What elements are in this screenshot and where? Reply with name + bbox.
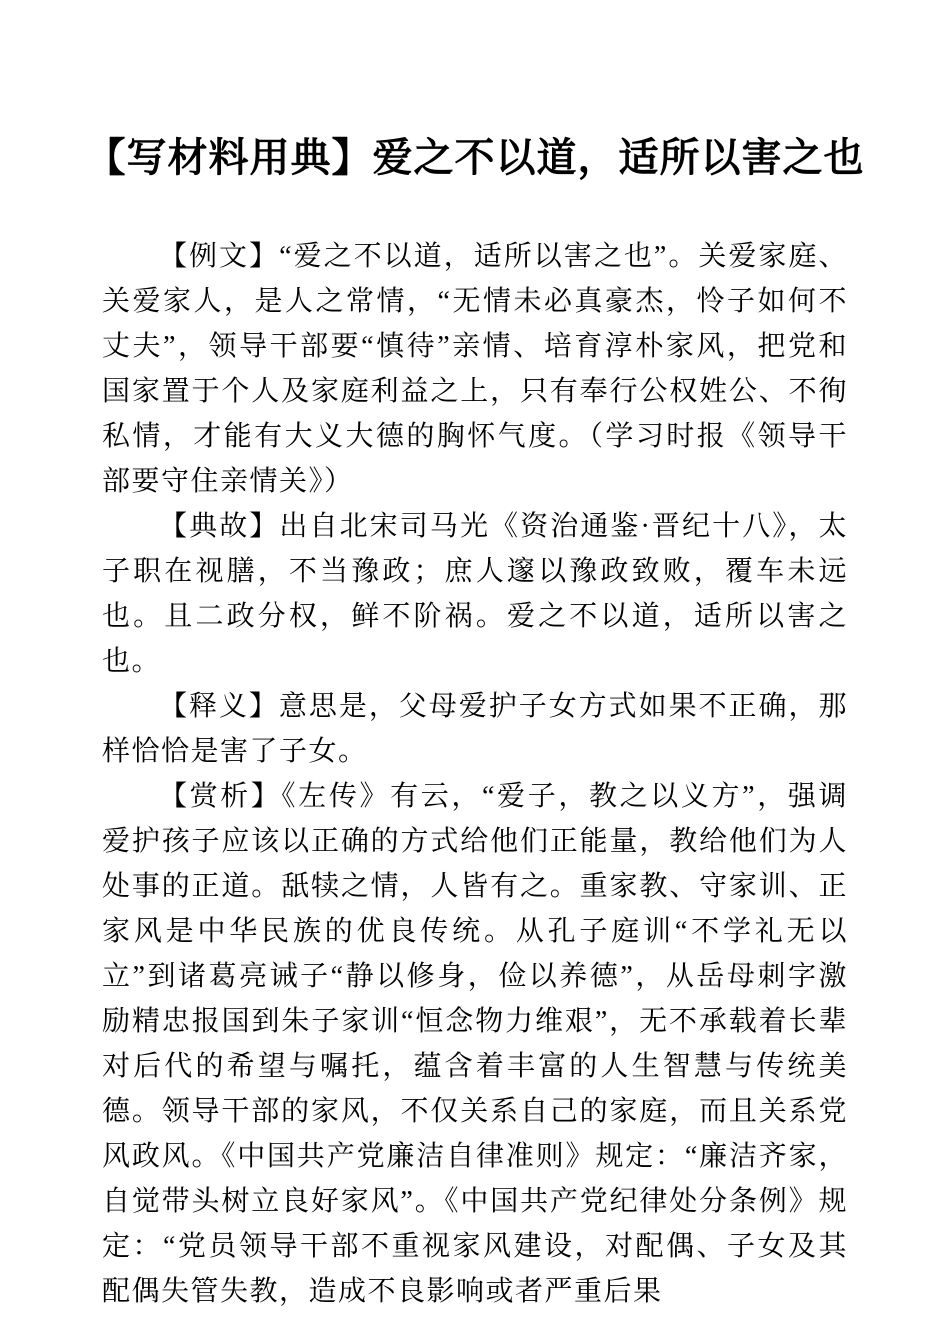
document-body: 【例文】“爱之不以道，适所以害之也”。关爱家庭、关爱家人，是人之常情，“无情未必… <box>102 234 848 1314</box>
section-content-shangxi: 《左传》有云，“爱子，教之以义方”，强调爱护孩子应该以正确的方式给他们正能量，教… <box>102 781 848 1307</box>
paragraph-diangu: 【典故】出自北宋司马光《资治通鉴·晋纪十八》，太子职在视膳，不当豫政；庶人邃以豫… <box>102 504 848 684</box>
paragraph-shangxi: 【赏析】《左传》有云，“爱子，教之以义方”，强调爱护孩子应该以正确的方式给他们正… <box>102 774 848 1314</box>
section-label-liwen: 【例文】 <box>159 241 279 272</box>
paragraph-liwen: 【例文】“爱之不以道，适所以害之也”。关爱家庭、关爱家人，是人之常情，“无情未必… <box>102 234 848 504</box>
section-label-shiyi: 【释义】 <box>159 691 279 722</box>
section-content-liwen: “爱之不以道，适所以害之也”。关爱家庭、关爱家人，是人之常情，“无情未必真豪杰，… <box>102 241 848 497</box>
page-title: 【写材料用典】爱之不以道，适所以害之也 <box>0 0 950 186</box>
section-label-diangu: 【典故】 <box>159 511 279 542</box>
document-page: 【写材料用典】爱之不以道，适所以害之也 【例文】“爱之不以道，适所以害之也”。关… <box>0 0 950 1344</box>
paragraph-shiyi: 【释义】意思是，父母爱护子女方式如果不正确，那样恰恰是害了子女。 <box>102 684 848 774</box>
section-label-shangxi: 【赏析】 <box>159 781 282 812</box>
